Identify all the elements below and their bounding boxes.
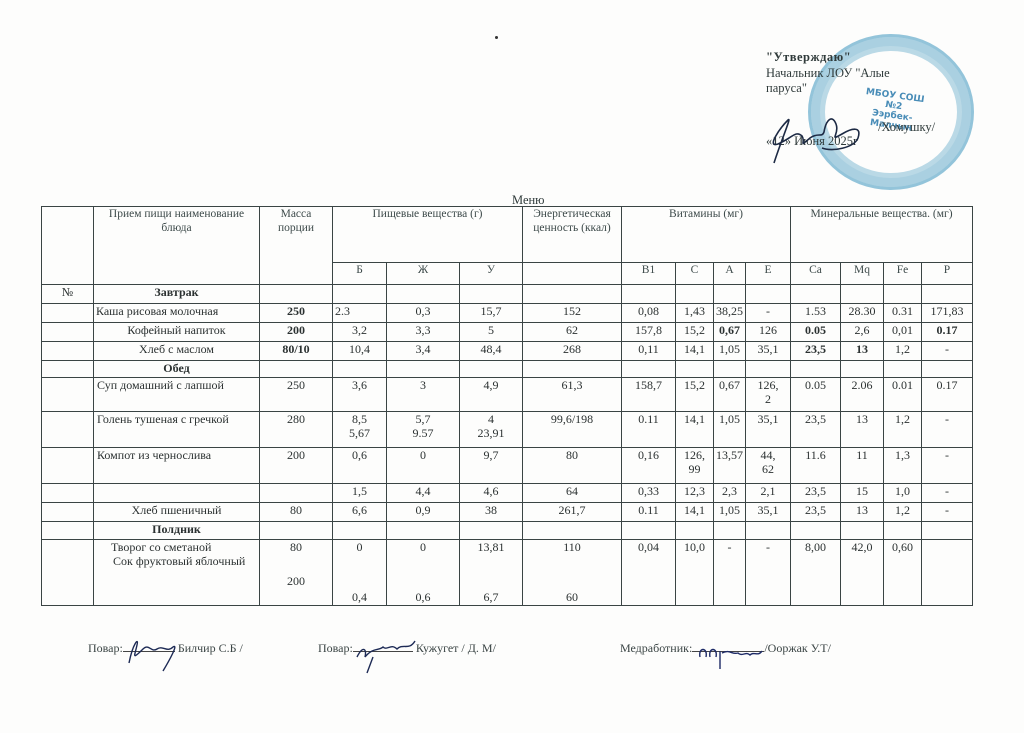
cell-portion: 250	[260, 378, 333, 412]
cell-value: 5,7	[389, 412, 457, 426]
cell-c: 15,2	[676, 323, 714, 342]
header-meal-name: Прием пищи наименование блюда	[94, 207, 260, 285]
section-row-lunch: Обед	[42, 361, 973, 378]
row-num	[42, 304, 94, 323]
section-lunch: Обед	[94, 361, 260, 378]
cell-fe: 1,0	[884, 484, 922, 503]
cell-mq: 2.06	[841, 378, 884, 412]
header-a: A	[714, 263, 746, 285]
dish-name: Творог со сметанойСок фруктовый яблочный	[94, 540, 260, 606]
cell-p: 0.17	[922, 323, 973, 342]
cell-value-2: 0,6	[389, 590, 457, 604]
cell-fe: 1,2	[884, 503, 922, 522]
header-protein: Б	[333, 263, 387, 285]
cell-p: -	[922, 342, 973, 361]
cell-c: 10,0	[676, 540, 714, 606]
cell-a: 2,3	[714, 484, 746, 503]
cell-u: 38	[460, 503, 523, 522]
director-signature-icon	[762, 108, 872, 168]
section-row-snack: Полдник	[42, 522, 973, 540]
cell-e: -	[746, 540, 791, 606]
medic-signature-icon	[692, 651, 764, 652]
header-nutrients: Пищевые вещества (г)	[333, 207, 523, 263]
cell-b1: 0.11	[622, 503, 676, 522]
cell-b: 00,4	[333, 540, 387, 606]
cell-value-2: 0,4	[335, 590, 384, 604]
cell-e: -	[746, 304, 791, 323]
cell-a: 13,57	[714, 448, 746, 484]
table-row: Суп домашний с лапшой2503,634,961,3158,7…	[42, 378, 973, 412]
cell-ca: 8,00	[791, 540, 841, 606]
cell-e: 126	[746, 323, 791, 342]
cell-c: 12,3	[676, 484, 714, 503]
cell-fe: 0,60	[884, 540, 922, 606]
cell-u: 5	[460, 323, 523, 342]
cell-value: 8,5	[335, 412, 384, 426]
cell-b: 3,2	[333, 323, 387, 342]
header-minerals: Минеральные вещества. (мг)	[791, 207, 973, 263]
cell-u: 48,4	[460, 342, 523, 361]
dish-name: Каша рисовая молочная	[94, 304, 260, 323]
cell-u: 4,9	[460, 378, 523, 412]
cell-ca: 0.05	[791, 323, 841, 342]
cell-mq: 13	[841, 342, 884, 361]
cell-portion: 280	[260, 412, 333, 448]
cell-p: -	[922, 484, 973, 503]
cell-value-2: 200	[262, 574, 330, 588]
cell-p: -	[922, 503, 973, 522]
table-row: Кофейный напиток2003,23,3562157,815,20,6…	[42, 323, 973, 342]
cell-portion: 80	[260, 503, 333, 522]
cell-e: 2,1	[746, 484, 791, 503]
cell-e: 35,1	[746, 412, 791, 448]
cell-p: 0.17	[922, 378, 973, 412]
footer-cook1: Повар: Билчир С.Б /	[88, 641, 243, 656]
cell-b: 6,6	[333, 503, 387, 522]
row-num	[42, 342, 94, 361]
cell-c: 14,1	[676, 503, 714, 522]
footer-medic: Медработник:/Ооржак У.Т/	[620, 641, 831, 656]
cell-value: 0	[389, 540, 457, 554]
header-carbs: У	[460, 263, 523, 285]
cell-e: 35,1	[746, 342, 791, 361]
cell-c: 1,43	[676, 304, 714, 323]
cell-a: 0,67	[714, 378, 746, 412]
cell-zh: 5,79.57	[387, 412, 460, 448]
row-num	[42, 484, 94, 503]
cell-portion	[260, 484, 333, 503]
row-num	[42, 448, 94, 484]
header-energy-sub	[523, 263, 622, 285]
header-mq: Mq	[841, 263, 884, 285]
cell-fe: 1,3	[884, 448, 922, 484]
cell-b: 10,4	[333, 342, 387, 361]
cell-u: 15,7	[460, 304, 523, 323]
table-row: Хлеб с маслом80/1010,43,448,42680,1114,1…	[42, 342, 973, 361]
cell-kcal: 261,7	[523, 503, 622, 522]
cell-mq: 11	[841, 448, 884, 484]
cell-e: 44,62	[746, 448, 791, 484]
cell-zh: 00,6	[387, 540, 460, 606]
header-energy: Энергетическая ценность (ккал)	[523, 207, 622, 263]
cell-portion: 80200	[260, 540, 333, 606]
cell-u: 423,91	[460, 412, 523, 448]
header-vitamins: Витамины (мг)	[622, 207, 791, 263]
table-row: Голень тушеная с гречкой2808,55,675,79.5…	[42, 412, 973, 448]
cell-p: -	[922, 412, 973, 448]
cell-zh: 3,3	[387, 323, 460, 342]
scan-speck	[495, 36, 498, 39]
cell-kcal: 11060	[523, 540, 622, 606]
cell-portion: 250	[260, 304, 333, 323]
cook2-signature-icon	[353, 651, 413, 652]
cell-zh: 3	[387, 378, 460, 412]
cell-value-2: 60	[525, 590, 619, 604]
cell-a: 0,67	[714, 323, 746, 342]
cell-ca: 23,5	[791, 503, 841, 522]
cell-value-2: 23,91	[462, 426, 520, 440]
table-row: Творог со сметанойСок фруктовый яблочный…	[42, 540, 973, 606]
cell-a: 1,05	[714, 342, 746, 361]
cell-kcal: 268	[523, 342, 622, 361]
cell-value: 4	[462, 412, 520, 426]
cell-ca: 11.6	[791, 448, 841, 484]
dish-name: Голень тушеная с гречкой	[94, 412, 260, 448]
cell-ca: 23,5	[791, 484, 841, 503]
cell-zh: 0,9	[387, 503, 460, 522]
cell-value: 13,81	[462, 540, 520, 554]
dish-name	[94, 484, 260, 503]
section-snack: Полдник	[94, 522, 260, 540]
cell-kcal: 61,3	[523, 378, 622, 412]
cell-b1: 0,08	[622, 304, 676, 323]
cell-kcal: 62	[523, 323, 622, 342]
cell-fe: 1,2	[884, 412, 922, 448]
cook1-signature-icon	[123, 651, 175, 652]
section-breakfast: Завтрак	[94, 285, 260, 304]
cook1-label: Повар:	[88, 641, 123, 655]
approval-line1: "Утверждаю"	[766, 50, 890, 66]
cell-value-2: 9.57	[389, 426, 457, 440]
cell-value-2: 5,67	[335, 426, 384, 440]
table-row: Каша рисовая молочная2502.30,315,71520,0…	[42, 304, 973, 323]
cell-kcal: 152	[523, 304, 622, 323]
dish-name-2: Сок фруктовый яблочный	[97, 554, 257, 568]
cell-kcal: 99,6/198	[523, 412, 622, 448]
cook2-name: Кужугет / Д. М/	[416, 641, 496, 655]
cook1-name: Билчир С.Б /	[178, 641, 243, 655]
header-row: Прием пищи наименование блюда Масса порц…	[42, 207, 973, 263]
cell-b: 0,6	[333, 448, 387, 484]
dish-name: Хлеб с маслом	[94, 342, 260, 361]
cell-zh: 0	[387, 448, 460, 484]
cell-ca: 1.53	[791, 304, 841, 323]
cell-value: 80	[262, 540, 330, 554]
header-p: P	[922, 263, 973, 285]
cell-ca: 23,5	[791, 412, 841, 448]
menu-table: Прием пищи наименование блюда Масса порц…	[41, 206, 973, 606]
cell-ca: 23,5	[791, 342, 841, 361]
cell-mq: 28.30	[841, 304, 884, 323]
cell-b1: 0,16	[622, 448, 676, 484]
cell-mq: 42,0	[841, 540, 884, 606]
cell-fe: 0.01	[884, 378, 922, 412]
row-num	[42, 540, 94, 606]
header-ca: Ca	[791, 263, 841, 285]
dish-name: Компот из чернослива	[94, 448, 260, 484]
cell-value: 110	[525, 540, 619, 554]
cell-e: 35,1	[746, 503, 791, 522]
cell-b: 8,55,67	[333, 412, 387, 448]
cell-p	[922, 540, 973, 606]
cell-zh: 4,4	[387, 484, 460, 503]
cell-u: 4,6	[460, 484, 523, 503]
cook2-label: Повар:	[318, 641, 353, 655]
cell-u: 9,7	[460, 448, 523, 484]
table-row: Хлеб пшеничный806,60,938261,70.1114,11,0…	[42, 503, 973, 522]
cell-mq: 13	[841, 412, 884, 448]
header-num	[42, 207, 94, 285]
section-row-breakfast: № Завтрак	[42, 285, 973, 304]
cell-fe: 0,01	[884, 323, 922, 342]
cell-b1: 158,7	[622, 378, 676, 412]
cell-p: -	[922, 448, 973, 484]
row-num	[42, 412, 94, 448]
cell-b1: 0,33	[622, 484, 676, 503]
cell-c: 15,2	[676, 378, 714, 412]
table-row: 1,54,44,6640,3312,32,32,123,5151,0-	[42, 484, 973, 503]
cell-b1: 157,8	[622, 323, 676, 342]
dish-name-1: Творог со сметаной	[97, 540, 257, 554]
approval-line2: Начальник ЛОУ "Алые	[766, 66, 890, 82]
header-b1: B1	[622, 263, 676, 285]
cell-c: 14,1	[676, 412, 714, 448]
cell-portion: 200	[260, 323, 333, 342]
header-c: C	[676, 263, 714, 285]
cell-a: 1,05	[714, 503, 746, 522]
row-num	[42, 378, 94, 412]
cell-e: 126,2	[746, 378, 791, 412]
cell-zh: 0,3	[387, 304, 460, 323]
cell-value: 0	[335, 540, 384, 554]
dish-name: Кофейный напиток	[94, 323, 260, 342]
cell-mq: 2,6	[841, 323, 884, 342]
cell-b: 3,6	[333, 378, 387, 412]
cell-portion: 200	[260, 448, 333, 484]
medic-label: Медработник:	[620, 641, 692, 655]
cell-value-2: 6,7	[462, 590, 520, 604]
cell-ca: 0.05	[791, 378, 841, 412]
cell-c: 126,99	[676, 448, 714, 484]
table-row: Компот из чернослива2000,609,7800,16126,…	[42, 448, 973, 484]
cell-mq: 13	[841, 503, 884, 522]
header-e: E	[746, 263, 791, 285]
header-fe: Fe	[884, 263, 922, 285]
cell-a: 38,25	[714, 304, 746, 323]
header-fat: Ж	[387, 263, 460, 285]
cell-fe: 1,2	[884, 342, 922, 361]
cell-a: 1,05	[714, 412, 746, 448]
cell-portion: 80/10	[260, 342, 333, 361]
cell-kcal: 80	[523, 448, 622, 484]
cell-zh: 3,4	[387, 342, 460, 361]
row-num	[42, 323, 94, 342]
cell-b: 1,5	[333, 484, 387, 503]
footer-cook2: Повар: Кужугет / Д. М/	[318, 641, 496, 656]
cell-b1: 0,04	[622, 540, 676, 606]
row-num	[42, 503, 94, 522]
cell-b: 2.3	[333, 304, 387, 323]
cell-b1: 0.11	[622, 412, 676, 448]
cell-c: 14,1	[676, 342, 714, 361]
cell-mq: 15	[841, 484, 884, 503]
medic-name: /Ооржак У.Т/	[764, 641, 831, 655]
header-portion: Масса порции	[260, 207, 333, 285]
cell-fe: 0.31	[884, 304, 922, 323]
approval-block: "Утверждаю" Начальник ЛОУ "Алые паруса" …	[766, 50, 890, 97]
cell-a: -	[714, 540, 746, 606]
approval-line3: паруса"	[766, 81, 890, 97]
cell-kcal: 64	[523, 484, 622, 503]
dish-name: Суп домашний с лапшой	[94, 378, 260, 412]
cell-b1: 0,11	[622, 342, 676, 361]
dish-name: Хлеб пшеничный	[94, 503, 260, 522]
approval-signer: /Хомушку/	[878, 120, 935, 136]
num-label: №	[42, 285, 94, 304]
cell-u: 13,816,7	[460, 540, 523, 606]
cell-p: 171,83	[922, 304, 973, 323]
